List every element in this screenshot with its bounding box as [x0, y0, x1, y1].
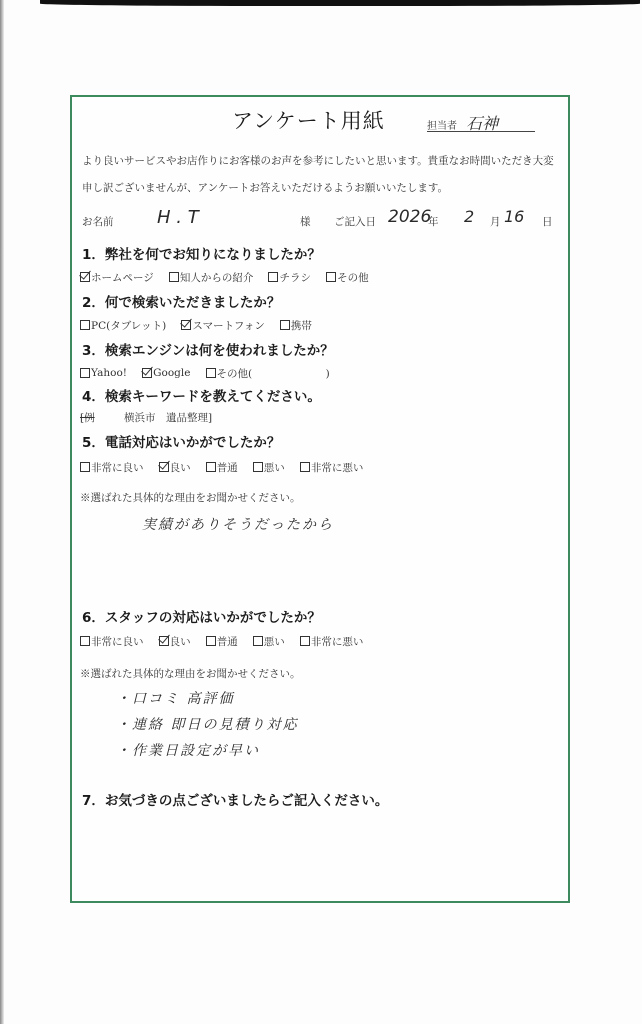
- checkbox-icon[interactable]: [206, 636, 216, 646]
- name-label: お名前: [82, 214, 114, 229]
- option-very-good[interactable]: 非常に良い: [80, 634, 144, 649]
- scan-left-edge: [0, 0, 4, 1024]
- option-mobile[interactable]: 携帯: [280, 318, 312, 333]
- question-6: 6．スタッフの対応はいかがでしたか？: [82, 606, 321, 626]
- question-5-reason-prompt: ※選ばれた具体的な理由をお聞かせください。: [80, 490, 301, 505]
- scan-top-shadow: [40, 0, 640, 6]
- question-4: 4．検索キーワードを教えてください。: [82, 385, 321, 405]
- option-average[interactable]: 普通: [206, 634, 238, 649]
- month-label: 月: [490, 214, 501, 229]
- staff-field: 担当者 石神: [427, 111, 535, 132]
- checkbox-icon[interactable]: [80, 368, 90, 378]
- checkbox-icon[interactable]: [80, 462, 90, 472]
- option-yahoo[interactable]: Yahoo!: [80, 367, 127, 379]
- date-month-field[interactable]: 2: [464, 207, 474, 226]
- date-day-field[interactable]: 16: [504, 207, 524, 226]
- staff-label: 担当者: [427, 121, 457, 132]
- checkbox-icon[interactable]: [206, 368, 216, 378]
- question-1-options: ホームページ 知人からの紹介 チラシ その他: [80, 267, 379, 286]
- question-2-options: PC(タブレット) スマートフォン 携帯: [80, 315, 322, 334]
- option-very-bad[interactable]: 非常に悪い: [300, 460, 364, 475]
- intro-line-2: 申し訳ございませんが、アンケートお答えいただけるようお願いいたします。: [82, 180, 448, 195]
- option-smartphone[interactable]: スマートフォン: [181, 318, 264, 333]
- question-7: 7．お気づきの点ございましたらご記入ください。: [82, 789, 388, 809]
- year-label: 年: [428, 214, 439, 229]
- option-google[interactable]: Google: [142, 367, 190, 379]
- option-pc[interactable]: PC(タブレット): [80, 318, 166, 333]
- question-3-options: Yahoo! Google その他( ): [80, 363, 340, 382]
- example-prefix: [例: [80, 412, 95, 424]
- survey-form: アンケート用紙 担当者 石神 より良いサービスやお店作りにお客様のお声を参考にし…: [70, 95, 570, 903]
- checkbox-icon[interactable]: [253, 636, 263, 646]
- checkbox-icon[interactable]: [326, 272, 336, 282]
- checkbox-checked-icon[interactable]: [159, 636, 169, 646]
- keyword-example: [例 横浜市 遺品整理]: [80, 410, 212, 425]
- date-label: ご記入日: [334, 214, 376, 229]
- honorific-label: 様: [300, 214, 311, 229]
- option-bad[interactable]: 悪い: [253, 460, 285, 475]
- checkbox-icon[interactable]: [80, 320, 90, 330]
- option-good[interactable]: 良い: [159, 460, 191, 475]
- question-6-reason-line-3[interactable]: ・作業日設定が早い: [116, 740, 260, 760]
- question-7-answer-area[interactable]: [82, 813, 558, 893]
- checkbox-icon[interactable]: [253, 462, 263, 472]
- checkbox-icon[interactable]: [268, 272, 278, 282]
- option-average[interactable]: 普通: [206, 460, 238, 475]
- question-5: 5．電話対応はいかがでしたか？: [82, 431, 280, 451]
- checkbox-icon[interactable]: [80, 636, 90, 646]
- question-5-options: 非常に良い 良い 普通 悪い 非常に悪い: [80, 457, 373, 476]
- form-title: アンケート用紙: [232, 105, 385, 135]
- question-3: 3．検索エンジンは何を使われましたか？: [82, 339, 334, 359]
- option-other-engine[interactable]: その他( ): [206, 366, 330, 381]
- checkbox-icon[interactable]: [280, 320, 290, 330]
- staff-name[interactable]: 石神: [466, 114, 498, 133]
- intro-line-1: より良いサービスやお店作りにお客様のお声を参考にしたいと思います。貴重なお時間い…: [82, 153, 554, 168]
- checkbox-checked-icon[interactable]: [159, 462, 169, 472]
- date-year-field[interactable]: 2026: [388, 207, 431, 227]
- option-very-bad[interactable]: 非常に悪い: [300, 634, 364, 649]
- name-field[interactable]: H . T: [157, 207, 199, 228]
- option-good[interactable]: 良い: [159, 634, 191, 649]
- question-6-options: 非常に良い 良い 普通 悪い 非常に悪い: [80, 631, 373, 650]
- checkbox-checked-icon[interactable]: [181, 320, 191, 330]
- question-2: 2．何で検索いただきましたか？: [82, 291, 280, 311]
- checkbox-icon[interactable]: [169, 272, 179, 282]
- question-6-reason-line-2[interactable]: ・連絡 即日の見積り対応: [116, 714, 298, 734]
- option-other[interactable]: その他: [326, 270, 369, 285]
- option-referral[interactable]: 知人からの紹介: [169, 270, 254, 285]
- option-homepage[interactable]: ホームページ: [80, 270, 154, 285]
- option-flyer[interactable]: チラシ: [268, 270, 311, 285]
- question-6-reason-prompt: ※選ばれた具体的な理由をお聞かせください。: [80, 666, 301, 681]
- question-5-reason-answer[interactable]: 実績がありそうだったから: [142, 514, 334, 534]
- checkbox-checked-icon[interactable]: [80, 272, 90, 282]
- option-bad[interactable]: 悪い: [253, 634, 285, 649]
- checkbox-checked-icon[interactable]: [142, 368, 152, 378]
- checkbox-icon[interactable]: [300, 636, 310, 646]
- checkbox-icon[interactable]: [206, 462, 216, 472]
- option-very-good[interactable]: 非常に良い: [80, 460, 144, 475]
- day-label: 日: [542, 214, 553, 229]
- checkbox-icon[interactable]: [300, 462, 310, 472]
- example-keyword[interactable]: 横浜市 遺品整理]: [124, 412, 212, 424]
- question-1: 1．弊社を何でお知りになりましたか？: [82, 243, 321, 263]
- question-6-reason-line-1[interactable]: ・口コミ 高評価: [116, 688, 234, 708]
